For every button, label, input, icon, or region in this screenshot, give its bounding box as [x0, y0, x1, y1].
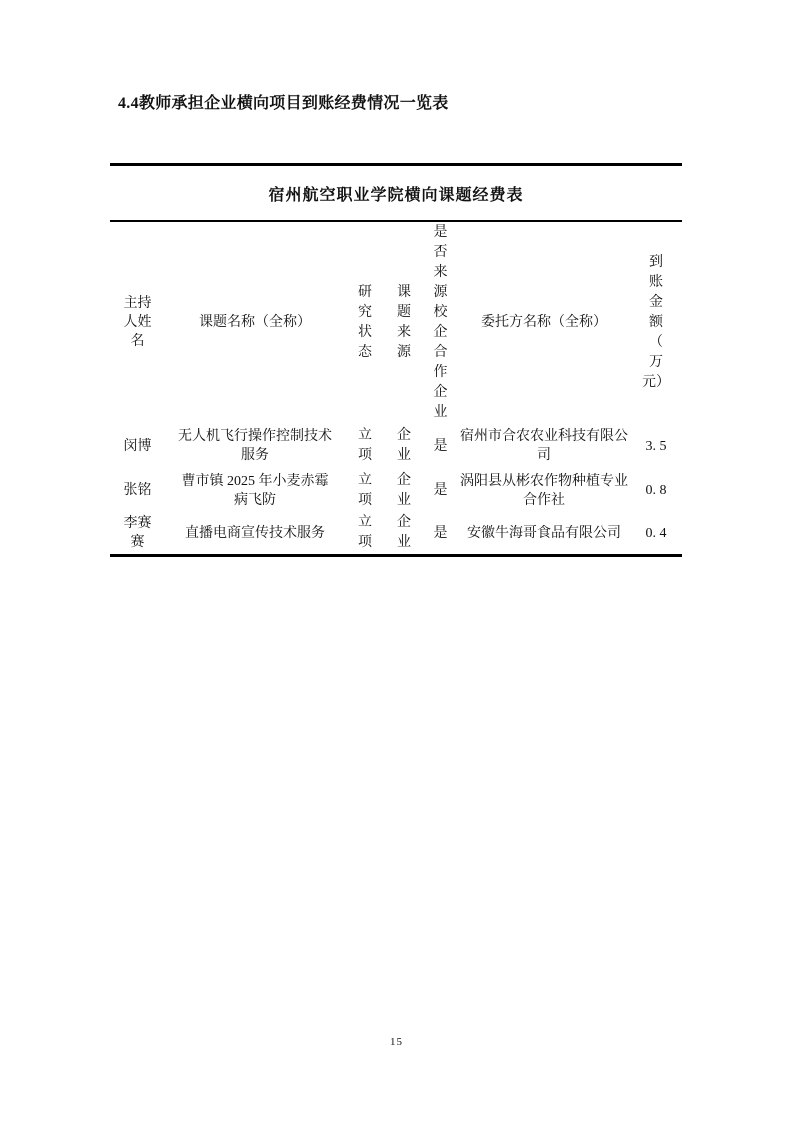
cell-research-status: 立 项: [345, 469, 385, 512]
cell-client-name: 安徽牛海哥食品有限公司: [458, 512, 630, 554]
cell-research-status: 立 项: [345, 512, 385, 554]
cell-school-enterprise-coop: 是: [423, 512, 458, 554]
table-row: 李赛 赛 直播电商宣传技术服务 立 项 企 业 是 安徽牛海哥食品有限公司 0.…: [110, 512, 682, 554]
header-client-name: 委托方名称（全称）: [458, 222, 630, 423]
cell-project-source: 企 业: [385, 469, 423, 512]
cell-project-name: 无人机飞行操作控制技术 服务: [165, 423, 345, 469]
cell-project-source: 企 业: [385, 423, 423, 469]
cell-project-name: 曹市镇 2025 年小麦赤霉 病飞防: [165, 469, 345, 512]
header-project-source: 课 题 来 源: [385, 222, 423, 423]
table-row: 张铭 曹市镇 2025 年小麦赤霉 病飞防 立 项 企 业 是 涡阳县从彬农作物…: [110, 469, 682, 512]
page-number: 15: [0, 1036, 793, 1048]
cell-host-name: 闵博: [110, 423, 165, 469]
funding-table: 宿州航空职业学院横向课题经费表 主持 人姓 名 课题名称（全称） 研 究 状 态…: [110, 163, 682, 557]
cell-research-status: 立 项: [345, 423, 385, 469]
header-amount: 到 账 金 额 （ 万 元）: [630, 222, 682, 423]
cell-amount: 3. 5: [630, 423, 682, 469]
section-heading: 4.4教师承担企业横向项目到账经费情况一览表: [118, 90, 449, 113]
cell-project-name: 直播电商宣传技术服务: [165, 512, 345, 554]
cell-school-enterprise-coop: 是: [423, 469, 458, 512]
cell-client-name: 宿州市合农农业科技有限公 司: [458, 423, 630, 469]
table-row: 闵博 无人机飞行操作控制技术 服务 立 项 企 业 是 宿州市合农农业科技有限公…: [110, 423, 682, 469]
cell-host-name: 张铭: [110, 469, 165, 512]
cell-school-enterprise-coop: 是: [423, 423, 458, 469]
cell-project-source: 企 业: [385, 512, 423, 554]
table-title: 宿州航空职业学院横向课题经费表: [110, 166, 682, 220]
header-project-name: 课题名称（全称）: [165, 222, 345, 423]
document-page: 4.4教师承担企业横向项目到账经费情况一览表 宿州航空职业学院横向课题经费表 主…: [0, 0, 793, 1122]
cell-amount: 0. 4: [630, 512, 682, 554]
cell-amount: 0. 8: [630, 469, 682, 512]
header-host-name: 主持 人姓 名: [110, 222, 165, 423]
header-school-enterprise-coop: 是 否 来 源 校 企 合 作 企 业: [423, 222, 458, 423]
header-research-status: 研 究 状 态: [345, 222, 385, 423]
cell-client-name: 涡阳县从彬农作物种植专业 合作社: [458, 469, 630, 512]
table-header-row: 主持 人姓 名 课题名称（全称） 研 究 状 态 课 题 来 源 是 否 来 源…: [110, 220, 682, 423]
cell-host-name: 李赛 赛: [110, 512, 165, 554]
